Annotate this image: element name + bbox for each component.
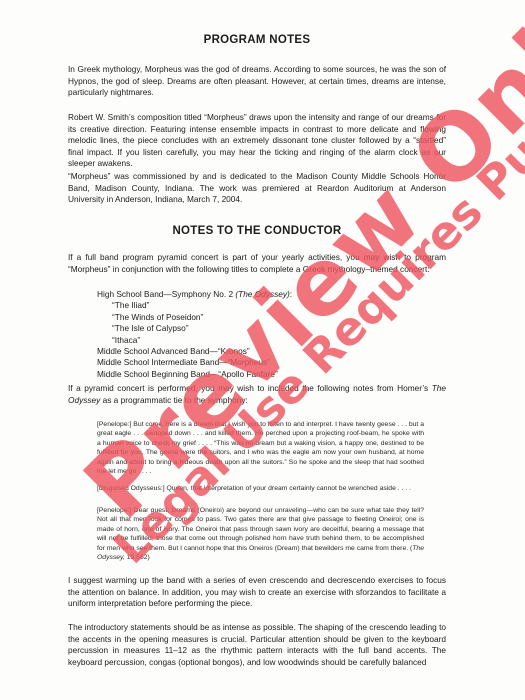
notes-to-conductor-heading: NOTES TO THE CONDUCTOR [68,225,446,237]
concert-program-list: High School Band—Symphony No. 2 (The Ody… [97,289,427,380]
program-notes-paragraph: “Morpheus” was commissioned by and is de… [68,171,446,206]
list-item: Middle School Intermediate Band—“Morpheu… [97,357,427,368]
conductor-intro-paragraph: If a full band program pyramid concert i… [68,252,446,275]
program-notes-paragraph: Robert W. Smith’s composition titled “Mo… [68,112,446,170]
list-item: High School Band—Symphony No. 2 (The Ody… [97,289,427,300]
list-item: “The Isle of Calypso” [97,323,427,334]
pyramid-concert-paragraph: If a pyramid concert is performed, you m… [68,383,446,406]
list-item: “The Iliad” [97,300,427,311]
list-item: “The Winds of Poseidon” [97,312,427,323]
odyssey-quote: [Disguised Odysseus:] Queen, that interp… [97,484,424,493]
odyssey-quote: [Penelope:] But come, here is a dream th… [97,420,424,476]
work-title: (The Odyssey) [235,289,289,299]
program-notes-paragraph: In Greek mythology, Morpheus was the god… [68,64,446,99]
introductory-statements-paragraph: The introductory statements should be as… [68,622,446,668]
odyssey-quote: [Penelope:] Dear guest, Dreams (Oneiroi)… [97,506,424,562]
warmup-paragraph: I suggest warming up the band with a ser… [68,575,446,610]
program-notes-heading: PROGRAM NOTES [68,34,446,46]
list-item: Middle School Beginning Band—“Apollo Fan… [97,369,427,380]
list-item: Middle School Advanced Band—“Kronos” [97,346,427,357]
list-item: “Ithaca” [97,335,427,346]
